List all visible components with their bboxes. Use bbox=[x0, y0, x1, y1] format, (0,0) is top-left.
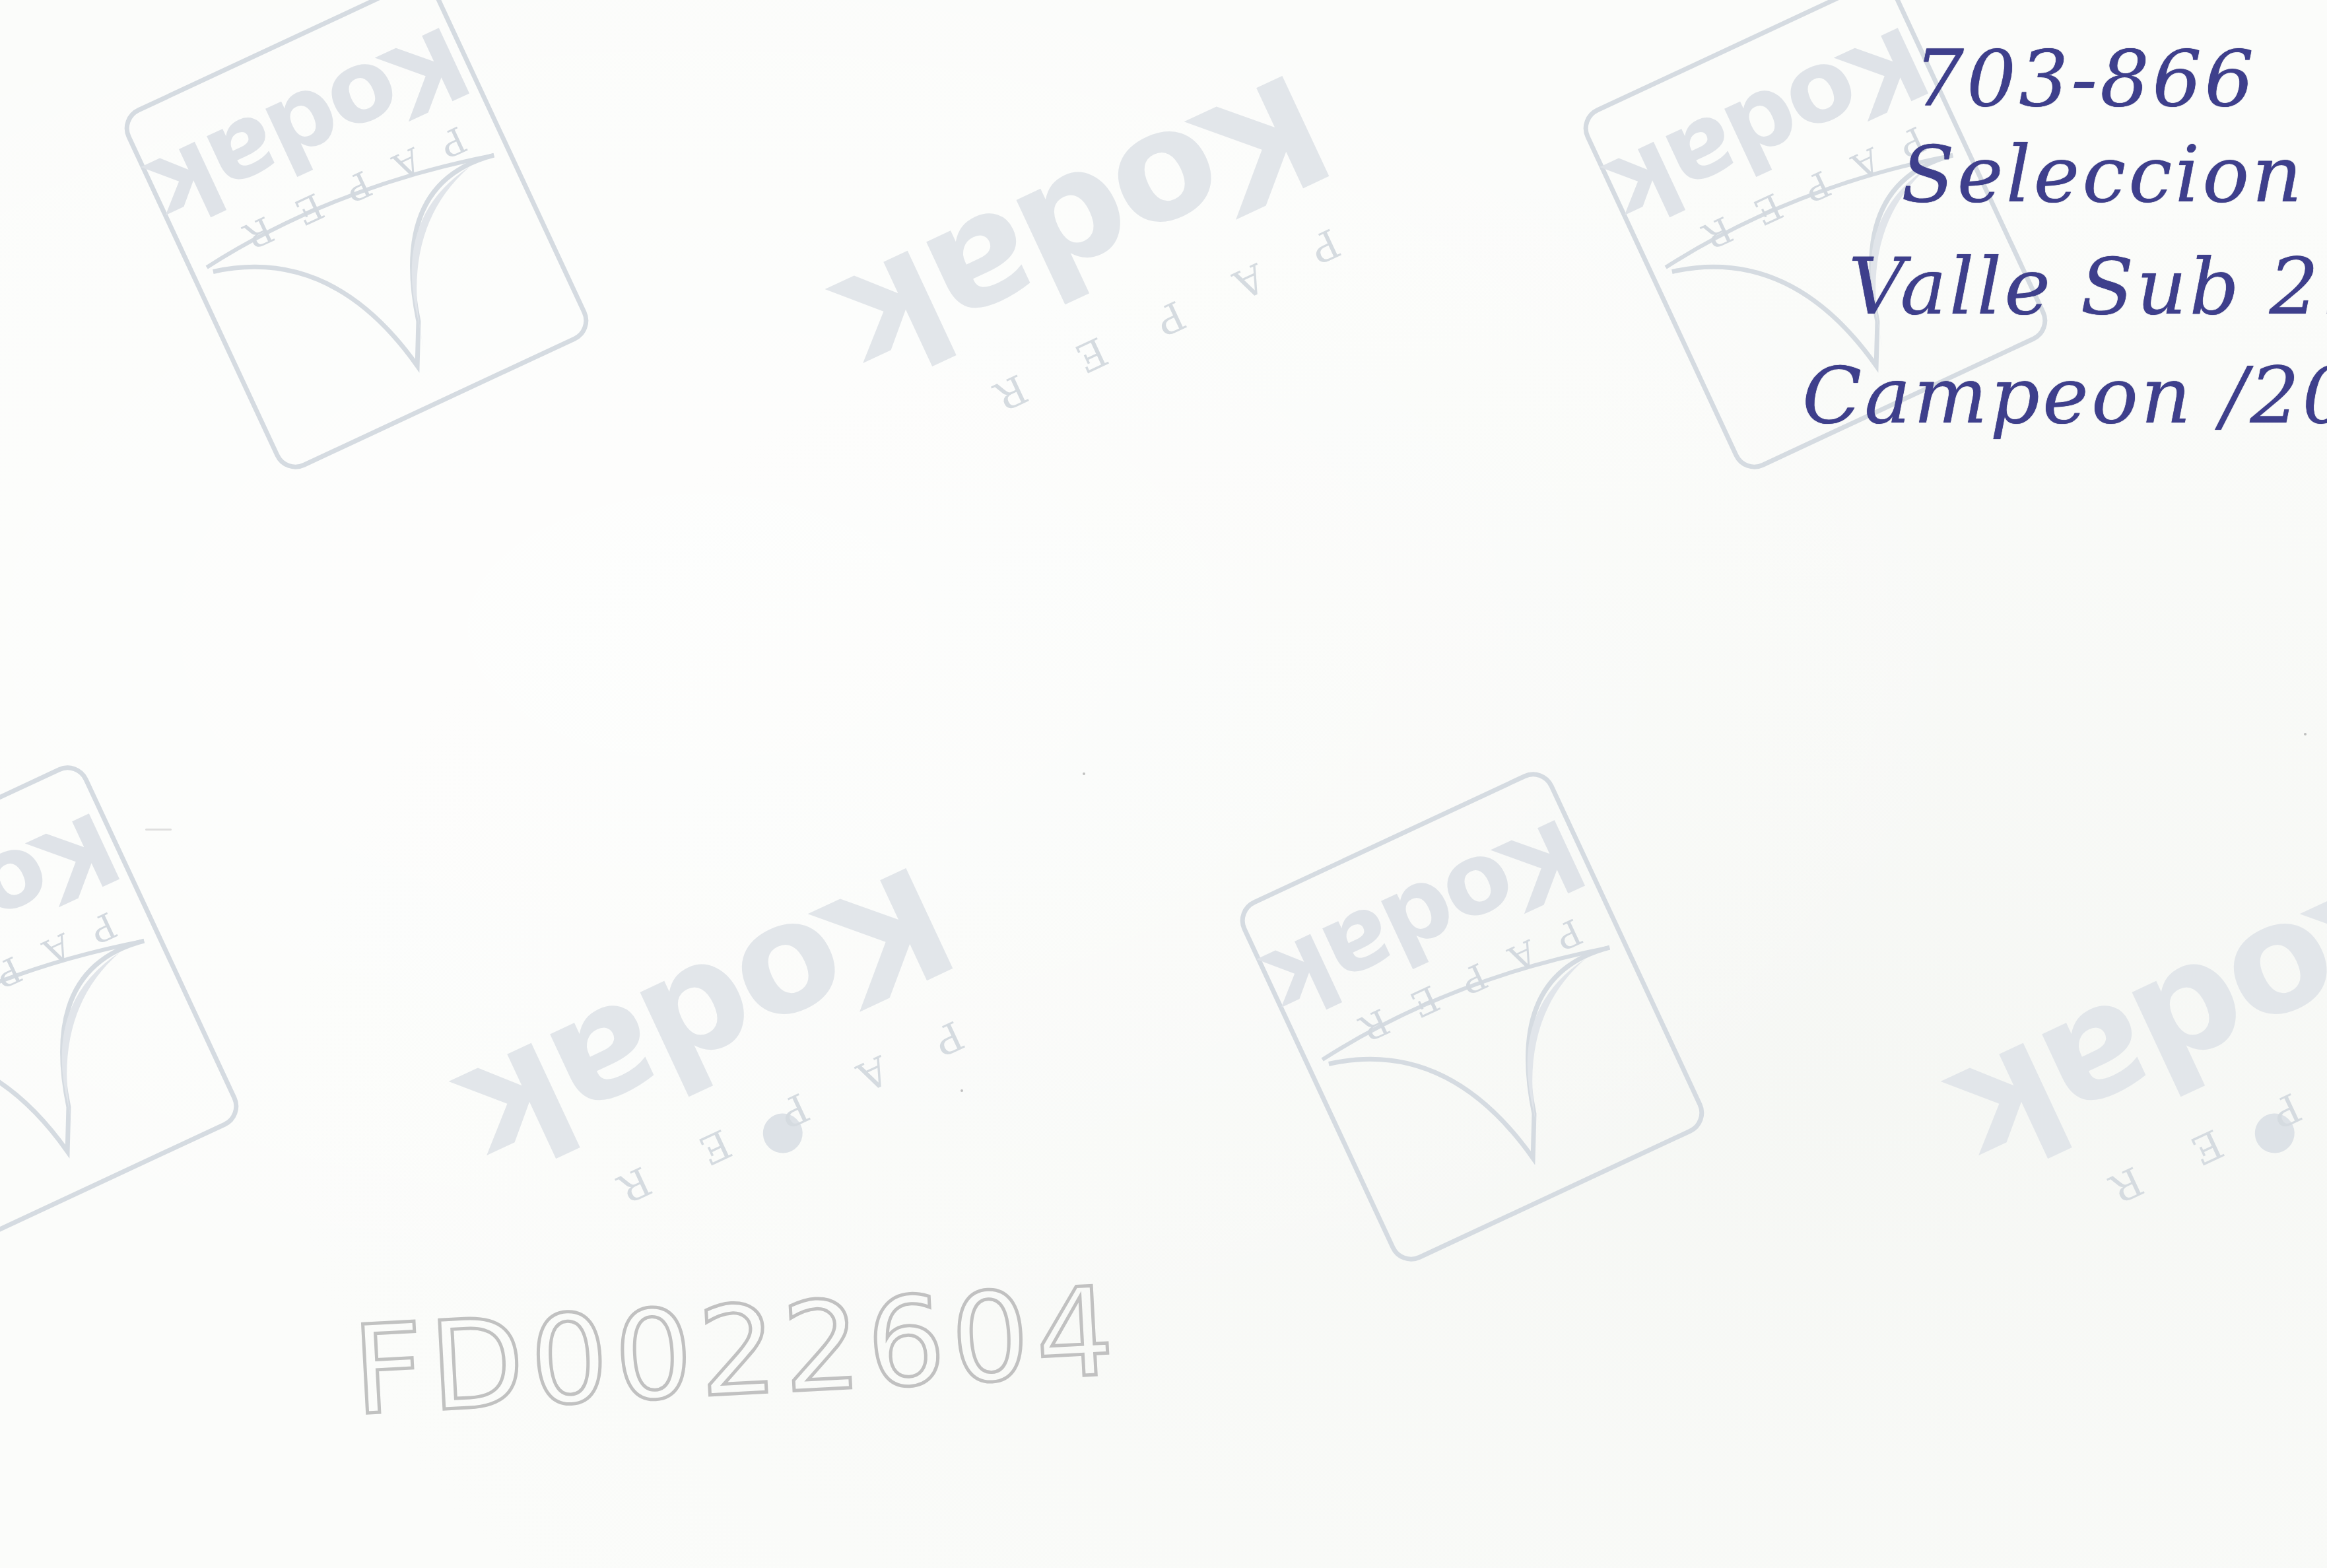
inscription-line-category: Valle Sub 21 bbox=[1848, 248, 2327, 325]
dust-speck bbox=[145, 829, 172, 831]
inscription-line-team: Seleccion bbox=[1901, 135, 2305, 213]
inscription-line-title-year: Campeon /2002 bbox=[1802, 357, 2327, 434]
dust-speck bbox=[1083, 772, 1085, 775]
dust-speck bbox=[2304, 733, 2307, 735]
dust-speck bbox=[961, 1089, 963, 1092]
pencil-archive-code: FD0022604 bbox=[350, 1270, 1123, 1433]
inscription-line-reference: 703-866 bbox=[1914, 40, 2256, 118]
